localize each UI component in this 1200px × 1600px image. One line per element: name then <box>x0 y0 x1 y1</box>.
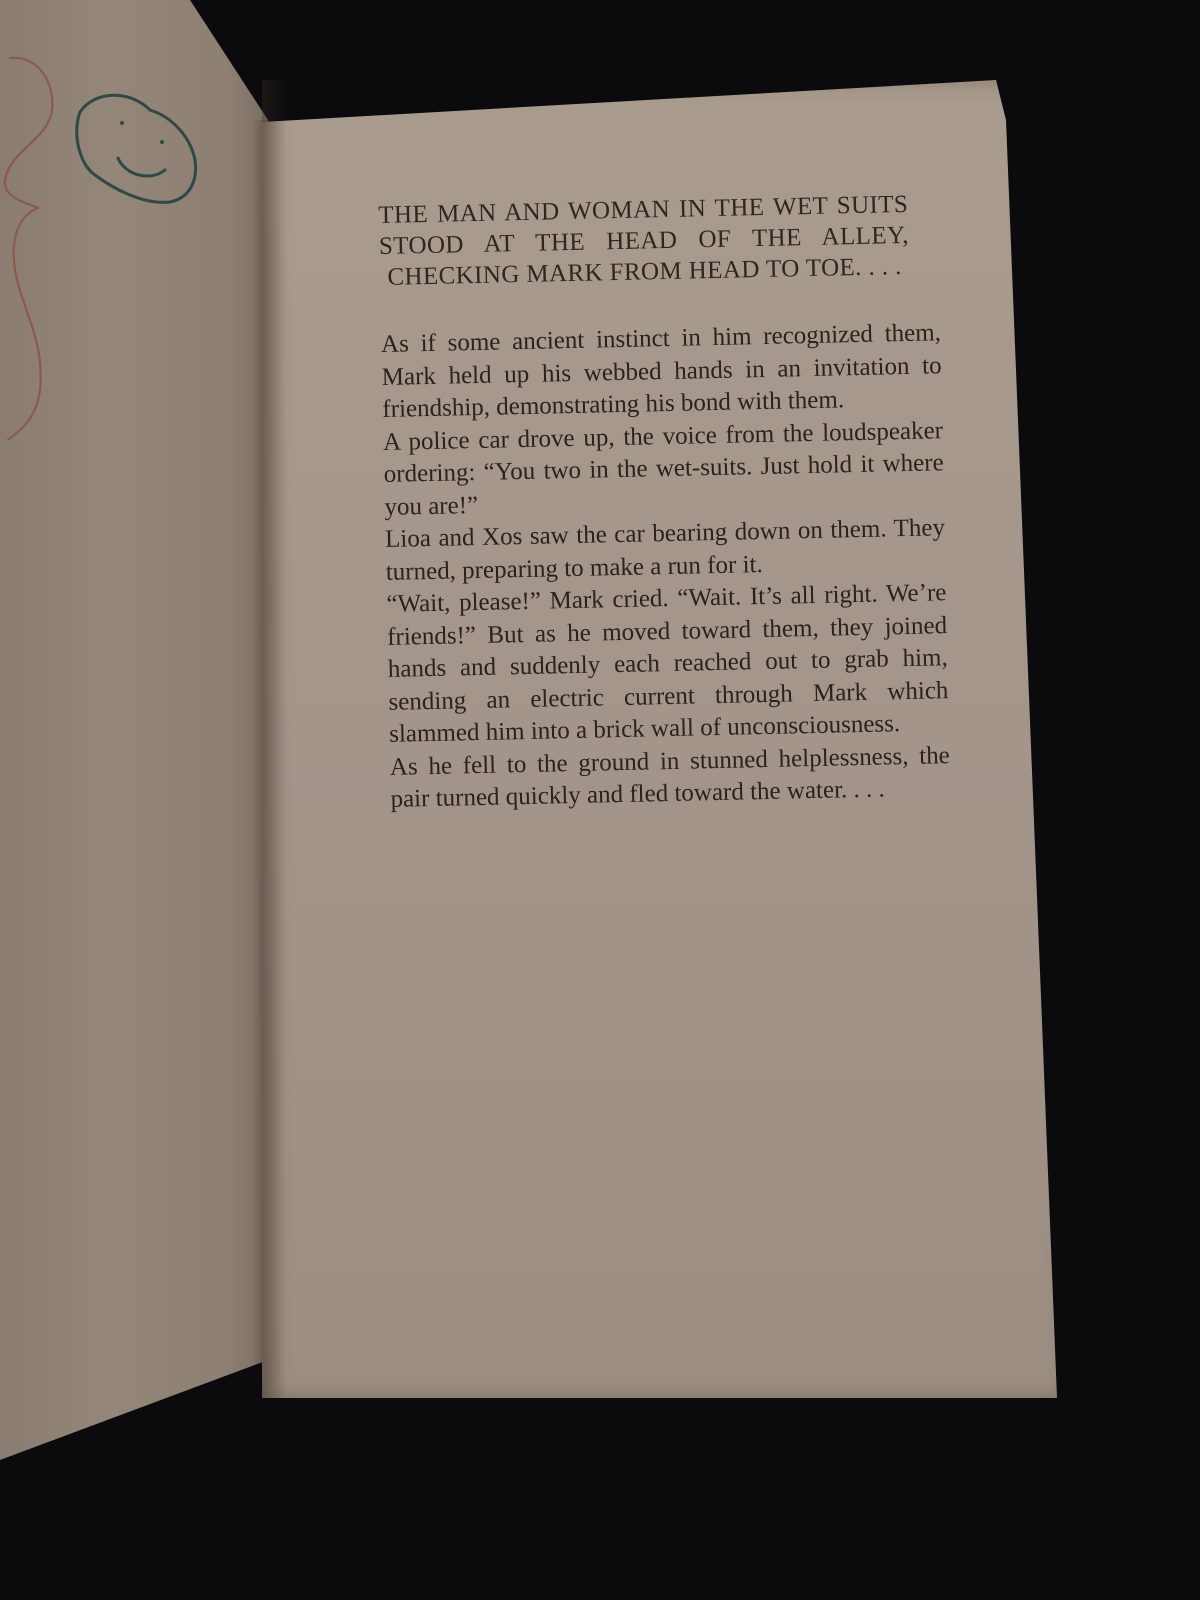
page-shadow <box>262 80 286 1398</box>
smiley-face-icon <box>77 95 196 202</box>
page-text: THE MAN AND WOMAN IN THE WET SUITS STOOD… <box>378 188 951 816</box>
chapter-heading: THE MAN AND WOMAN IN THE WET SUITS STOOD… <box>378 189 910 293</box>
paragraph: As he fell to the ground in stunned help… <box>390 740 951 817</box>
paragraph: A police car drove up, the voice from th… <box>383 415 945 524</box>
doodle-drawing <box>0 40 270 440</box>
paragraph: Lioa and Xos saw the car bearing down on… <box>385 512 946 589</box>
book-photo: THE MAN AND WOMAN IN THE WET SUITS STOOD… <box>0 0 1200 1600</box>
paragraph: As if some ancient instinct in him recog… <box>381 317 943 426</box>
paragraph: “Wait, please!” Mark cried. “Wait. It’s … <box>386 577 949 751</box>
curvy-line-doodle <box>5 58 53 440</box>
